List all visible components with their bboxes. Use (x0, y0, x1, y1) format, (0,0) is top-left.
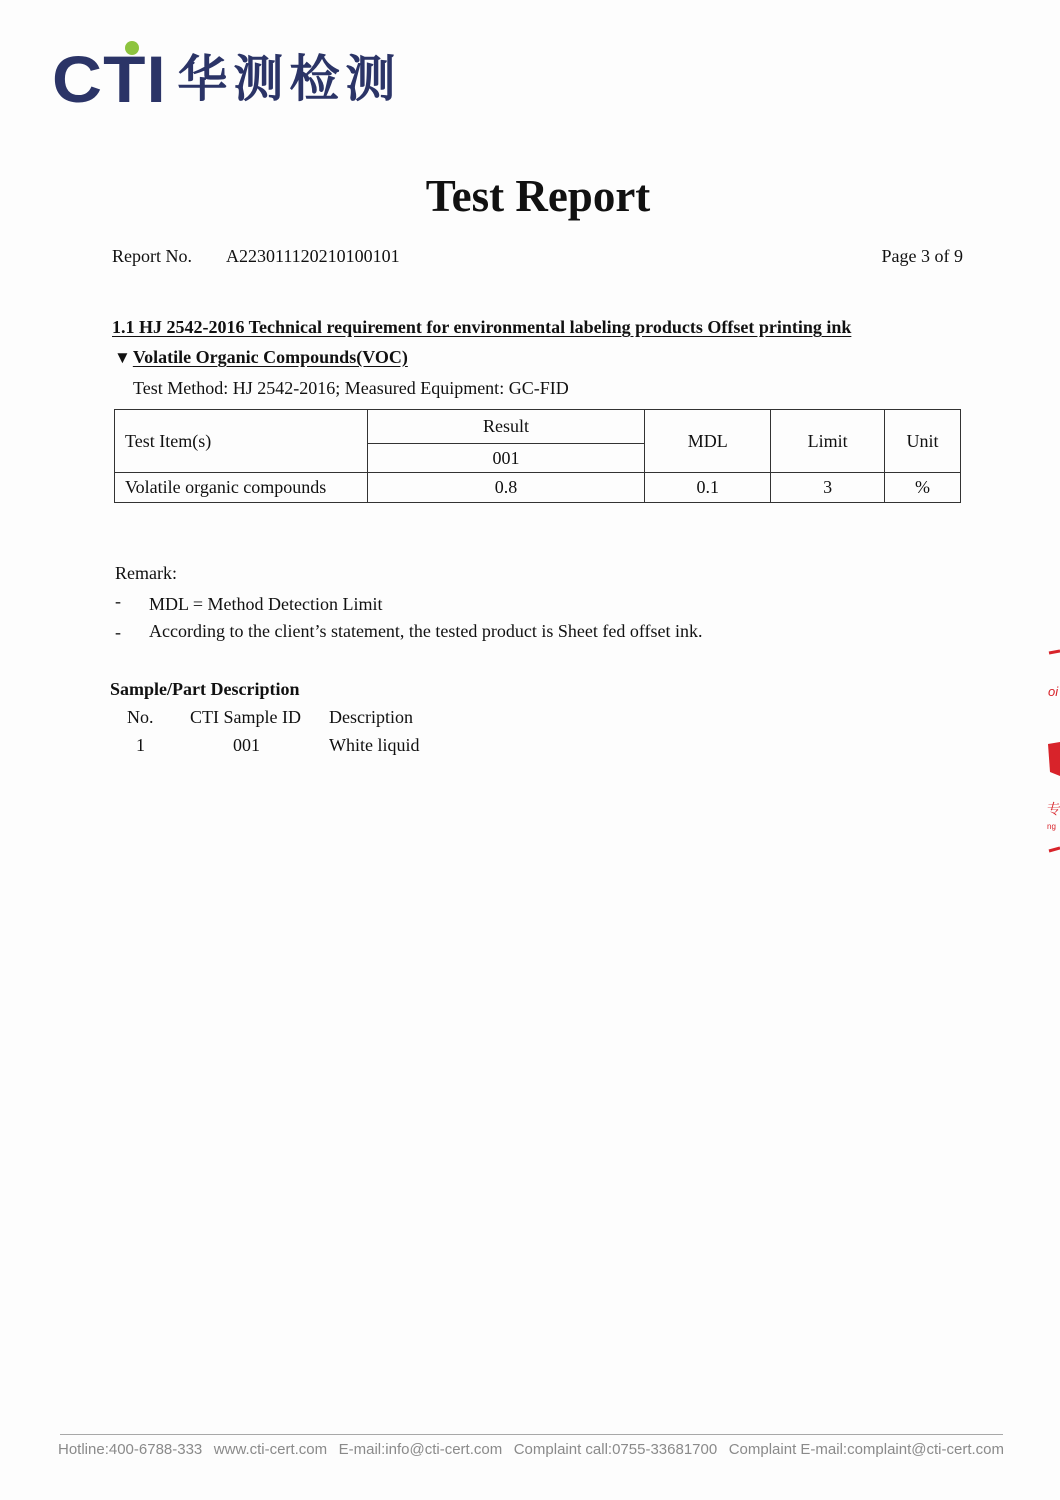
cell-unit: % (885, 473, 961, 503)
table-row: Volatile organic compounds 0.8 0.1 3 % (115, 473, 961, 503)
remark-bullet: - (115, 622, 121, 643)
footer-complaint-email[interactable]: Complaint E-mail:complaint@cti-cert.com (729, 1441, 1004, 1458)
header-mdl: MDL (645, 410, 771, 473)
footer: Hotline:400-6788-333 www.cti-cert.com E-… (58, 1441, 1004, 1458)
logo-dot-icon (125, 41, 139, 55)
triangle-down-icon: ▼ (114, 348, 131, 367)
report-no-value: A223011120210100101 (226, 246, 400, 267)
logo-chinese-text: 华测检测 (177, 46, 401, 112)
company-logo: CTI 华测检测 (52, 42, 401, 112)
footer-complaint-call: Complaint call:0755-33681700 (514, 1441, 717, 1458)
sample-description: White liquid (329, 735, 419, 756)
sample-col-no: No. (127, 707, 154, 728)
subsection-title: ▼Volatile Organic Compounds(VOC) (114, 347, 408, 368)
footer-email[interactable]: E-mail:info@cti-cert.com (339, 1441, 503, 1458)
sample-col-id: CTI Sample ID (190, 707, 301, 728)
cell-item: Volatile organic compounds (115, 473, 368, 503)
cell-limit: 3 (771, 473, 885, 503)
page-number: Page 3 of 9 (882, 246, 963, 267)
header-result-sample: 001 (367, 444, 645, 473)
sample-no: 1 (136, 735, 145, 756)
header-limit: Limit (771, 410, 885, 473)
stamp-icon: oi 专 ng (1046, 648, 1060, 854)
sample-id: 001 (233, 735, 260, 756)
svg-text:专: 专 (1047, 802, 1060, 818)
section-title: 1.1 HJ 2542-2016 Technical requirement f… (112, 317, 851, 338)
remark-item: MDL = Method Detection Limit (149, 594, 382, 615)
remark-label: Remark: (115, 563, 177, 584)
sample-heading: Sample/Part Description (110, 679, 299, 700)
cell-mdl: 0.1 (645, 473, 771, 503)
cell-result: 0.8 (367, 473, 645, 503)
header-unit: Unit (885, 410, 961, 473)
test-method: Test Method: HJ 2542-2016; Measured Equi… (133, 378, 569, 399)
page-title: Test Report (0, 170, 1060, 222)
header-test-item: Test Item(s) (115, 410, 368, 473)
footer-website[interactable]: www.cti-cert.com (214, 1441, 327, 1458)
remark-bullet: - (115, 591, 121, 612)
svg-text:oi: oi (1048, 684, 1059, 699)
results-table: Test Item(s) Result MDL Limit Unit 001 V… (114, 409, 961, 503)
header-result: Result (367, 410, 645, 444)
sample-col-description: Description (329, 707, 413, 728)
table-header-row: Test Item(s) Result MDL Limit Unit (115, 410, 961, 444)
report-no-label: Report No. (112, 246, 192, 267)
subsection-label: Volatile Organic Compounds(VOC) (133, 347, 408, 367)
svg-text:ng: ng (1047, 822, 1056, 831)
footer-divider (60, 1434, 1003, 1435)
logo-cti-text: CTI (52, 46, 167, 112)
remark-item: According to the client’s statement, the… (149, 621, 703, 642)
footer-hotline: Hotline:400-6788-333 (58, 1441, 202, 1458)
